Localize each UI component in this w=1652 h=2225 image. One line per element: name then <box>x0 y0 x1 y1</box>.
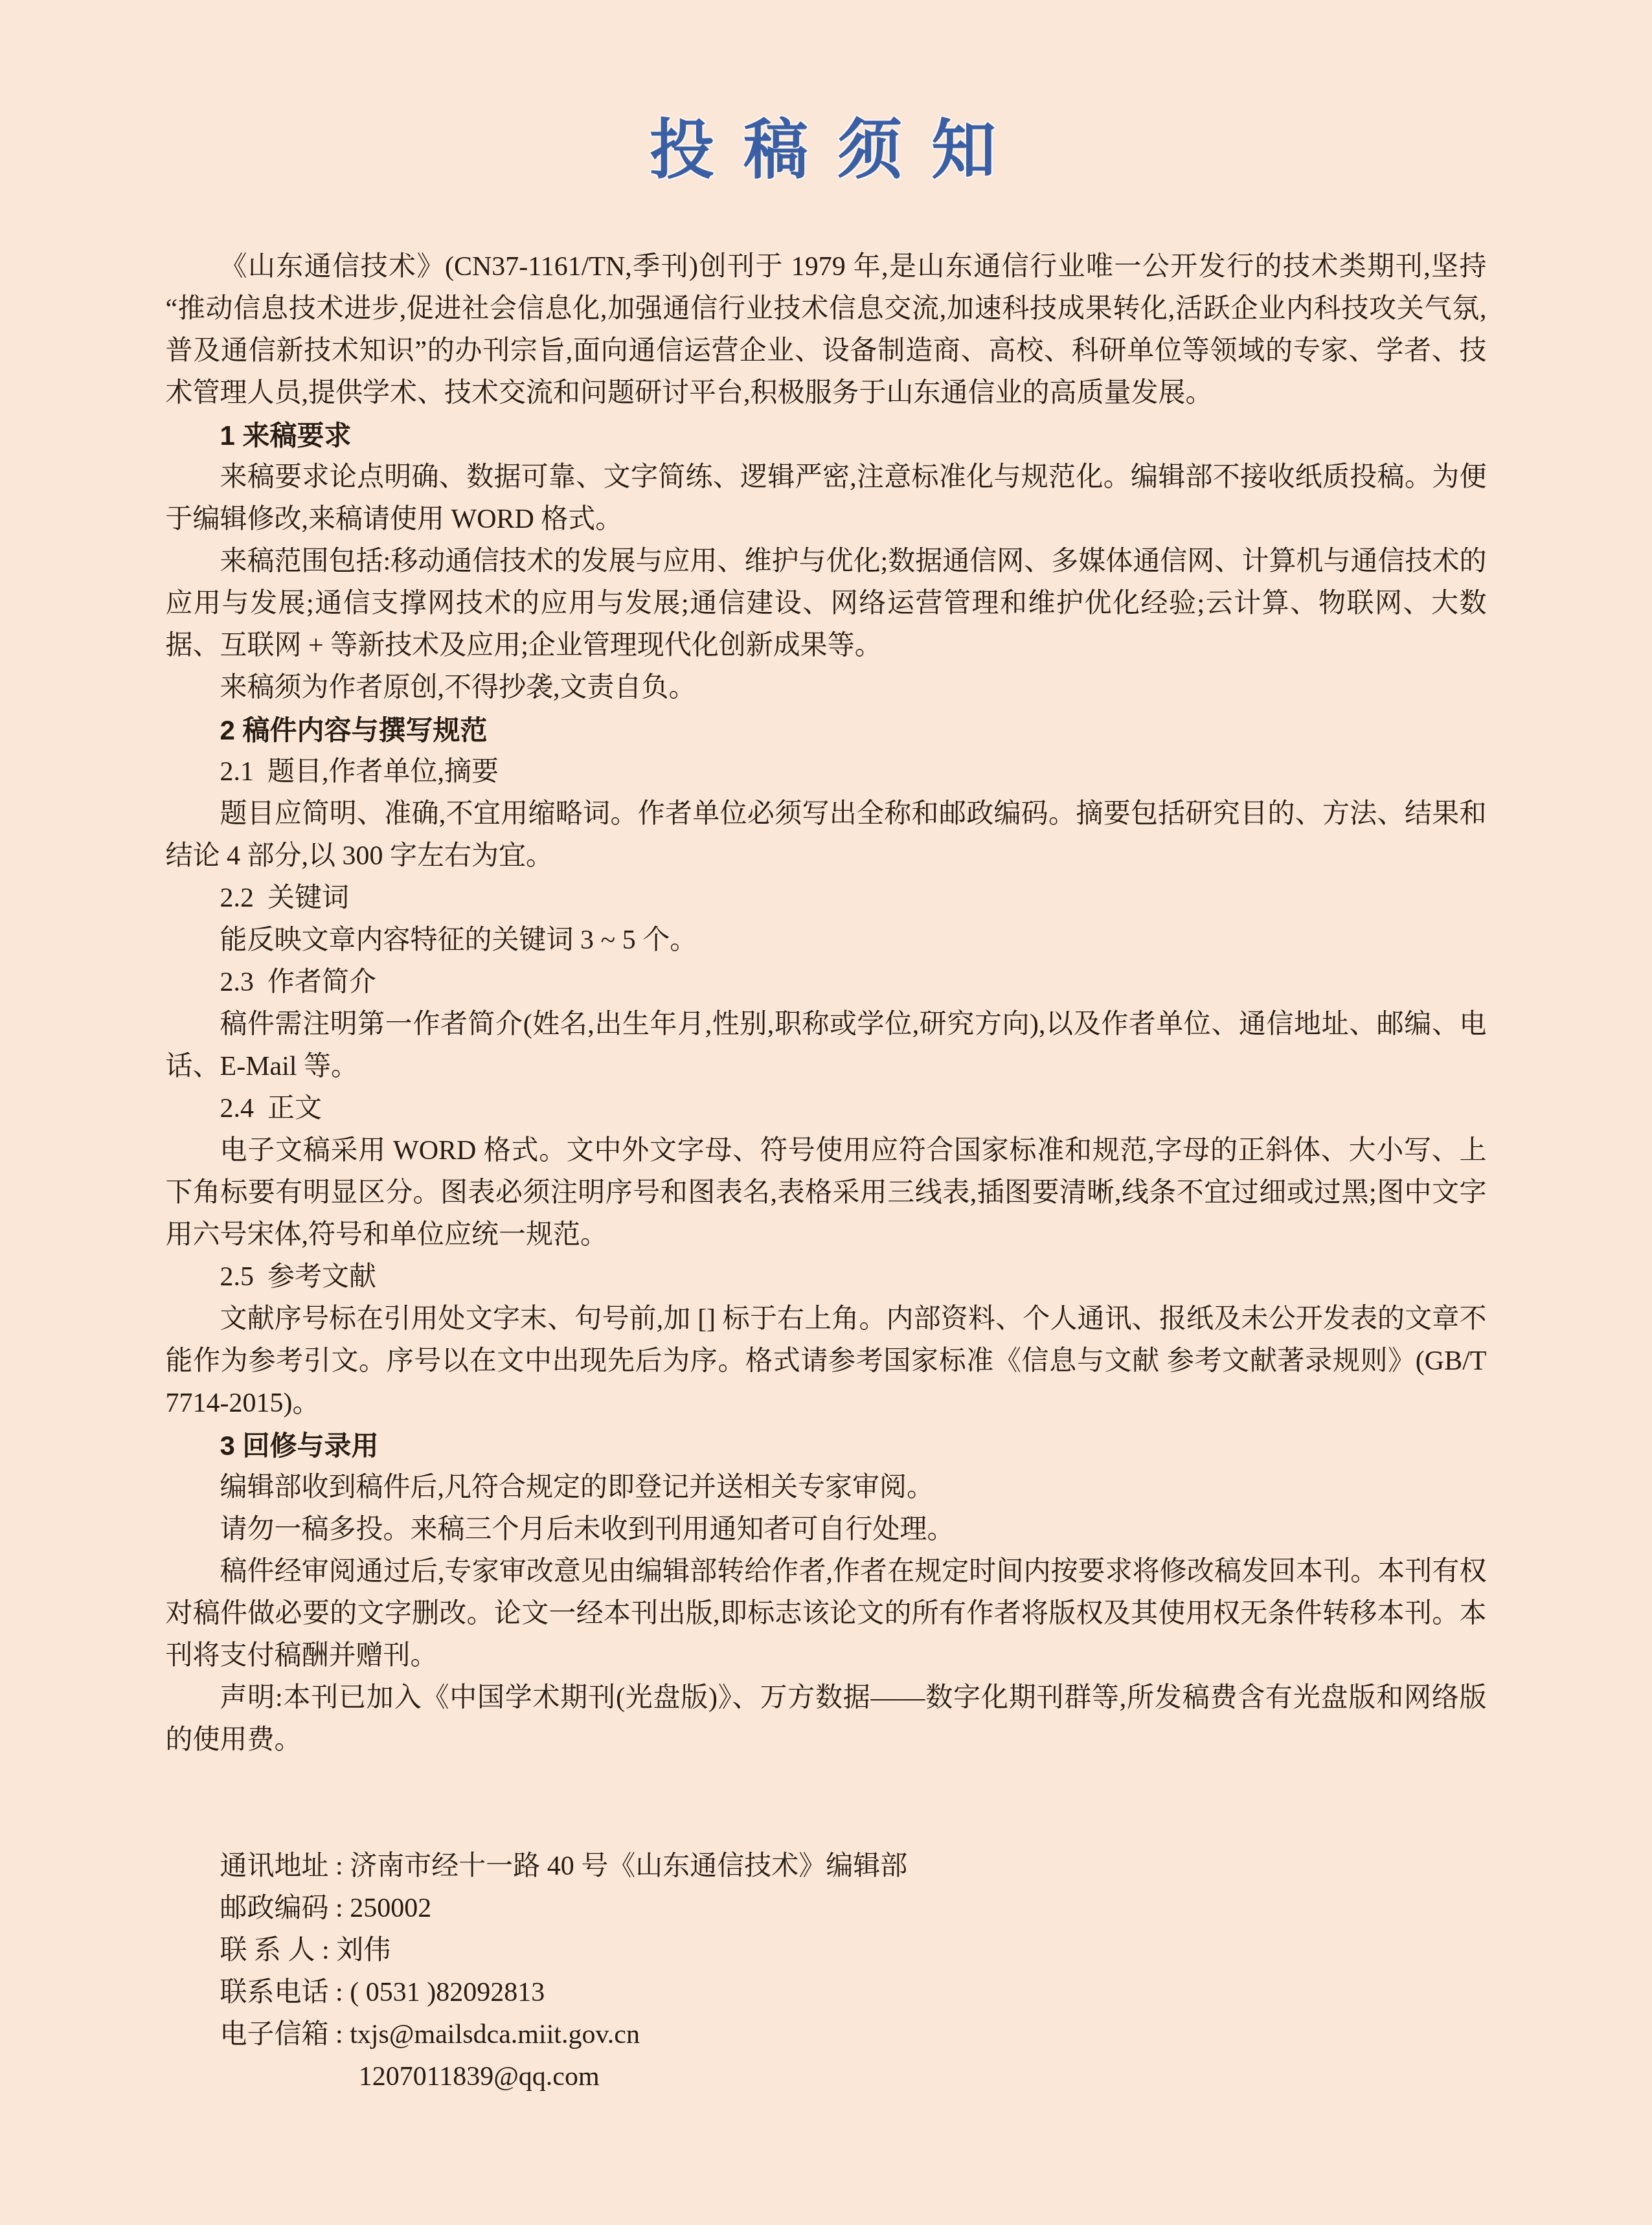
contact-phone: 联系电话 : ( 0531 )82092813 <box>220 1972 1487 2014</box>
subsection-heading-2-1: 2.1 题目,作者单位,摘要 <box>166 751 1487 793</box>
paragraph-review: 编辑部收到稿件后,凡符合规定的即登记并送相关专家审阅。 <box>166 1467 1487 1509</box>
subsection-heading-2-5: 2.5 参考文献 <box>166 1256 1487 1298</box>
paragraph-statement: 声明:本刊已加入《中国学术期刊(光盘版)》、万方数据——数字化期刊群等,所发稿费… <box>166 1677 1487 1761</box>
notice-body: 《山东通信技术》(CN37-1161/TN,季刊)创刊于 1979 年,是山东通… <box>166 246 1487 2098</box>
paragraph-revision-copyright: 稿件经审阅通过后,专家审改意见由编辑部转给作者,作者在规定时间内按要求将修改稿发… <box>166 1551 1487 1677</box>
section-heading-3: 3 回修与录用 <box>166 1425 1487 1467</box>
paragraph-originality: 来稿须为作者原创,不得抄袭,文责自负。 <box>166 667 1487 709</box>
contact-email-secondary: 1207011839@qq.com <box>220 2056 1487 2098</box>
subsection-heading-2-3: 2.3 作者简介 <box>166 962 1487 1004</box>
page-title: 投 稿 须 知 <box>0 110 1652 191</box>
subsection-heading-2-4: 2.4 正文 <box>166 1088 1487 1130</box>
contact-email: 电子信箱 : txjs@mailsdca.miit.gov.cn <box>220 2014 1487 2056</box>
paragraph-scope: 来稿范围包括:移动通信技术的发展与应用、维护与优化;数据通信网、多媒体通信网、计… <box>166 541 1487 667</box>
contact-block: 通讯地址 : 济南市经十一路 40 号《山东通信技术》编辑部 邮政编码 : 25… <box>166 1846 1487 2098</box>
intro-paragraph: 《山东通信技术》(CN37-1161/TN,季刊)创刊于 1979 年,是山东通… <box>166 246 1487 414</box>
paragraph-requirements-1: 来稿要求论点明确、数据可靠、文字简练、逻辑严密,注意标准化与规范化。编辑部不接收… <box>166 457 1487 541</box>
contact-address: 通讯地址 : 济南市经十一路 40 号《山东通信技术》编辑部 <box>220 1846 1487 1888</box>
paragraph-no-duplicate: 请勿一稿多投。来稿三个月后未收到刊用通知者可自行处理。 <box>166 1509 1487 1551</box>
paragraph-main-text: 电子文稿采用 WORD 格式。文中外文字母、符号使用应符合国家标准和规范,字母的… <box>166 1130 1487 1256</box>
contact-postcode: 邮政编码 : 250002 <box>220 1888 1487 1930</box>
section-heading-1: 1 来稿要求 <box>166 414 1487 457</box>
submission-notice-page: 投 稿 须 知 《山东通信技术》(CN37-1161/TN,季刊)创刊于 197… <box>0 0 1652 2225</box>
contact-person: 联 系 人 : 刘伟 <box>220 1930 1487 1972</box>
subsection-heading-2-2: 2.2 关键词 <box>166 877 1487 920</box>
paragraph-author-bio: 稿件需注明第一作者简介(姓名,出生年月,性别,职称或学位,研究方向),以及作者单… <box>166 1004 1487 1088</box>
paragraph-keywords: 能反映文章内容特征的关键词 3 ~ 5 个。 <box>166 920 1487 962</box>
paragraph-references: 文献序号标在引用处文字末、句号前,加 [] 标于右上角。内部资料、个人通讯、报纸… <box>166 1298 1487 1425</box>
paragraph-title-abstract: 题目应简明、准确,不宜用缩略词。作者单位必须写出全称和邮政编码。摘要包括研究目的… <box>166 793 1487 877</box>
section-heading-2: 2 稿件内容与撰写规范 <box>166 709 1487 751</box>
